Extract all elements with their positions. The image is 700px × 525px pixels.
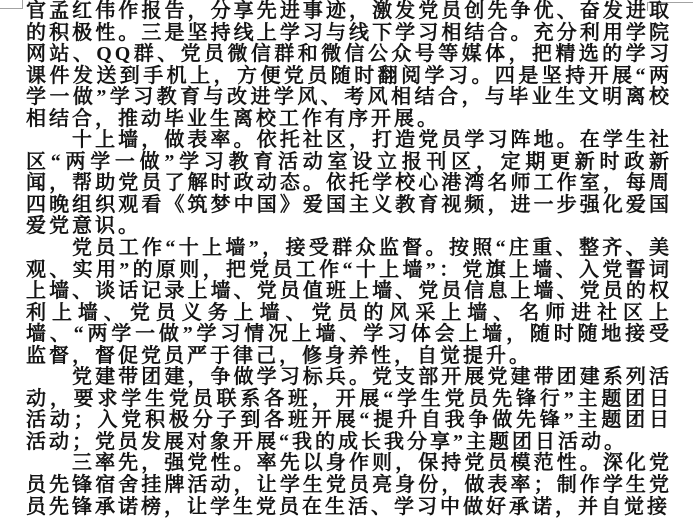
text-boundary-mark-top-left xyxy=(0,0,23,9)
document-body: 官孟红伟作报告，分享先进事迹，激发党员创先争优、奋发进取的积极性。三是坚持线上学… xyxy=(26,1,672,518)
paragraph-three-take-lead: 三率先，强党性。率先以身作则，保持党员模范性。深化党员先锋宿舍挂牌活动，让学生党… xyxy=(26,453,672,518)
paragraph-party-league-building: 党建带团建，争做学习标兵。党支部开展党建带团建系列活动，要求学生党员联系各班，开… xyxy=(26,367,672,453)
paragraph-shishangqiang: 十上墙，做表率。依托社区，打造党员学习阵地。在学生社区“两学一做”学习教育活动室… xyxy=(26,130,672,238)
paragraph-continuation: 官孟红伟作报告，分享先进事迹，激发党员创先争优、奋发进取的积极性。三是坚持线上学… xyxy=(26,1,672,130)
document-page: 官孟红伟作报告，分享先进事迹，激发党员创先争优、奋发进取的积极性。三是坚持线上学… xyxy=(0,0,700,525)
paragraph-member-work-on-wall: 党员工作“十上墙”，接受群众监督。按照“庄重、整齐、美观、实用”的原则，把党员工… xyxy=(26,238,672,367)
